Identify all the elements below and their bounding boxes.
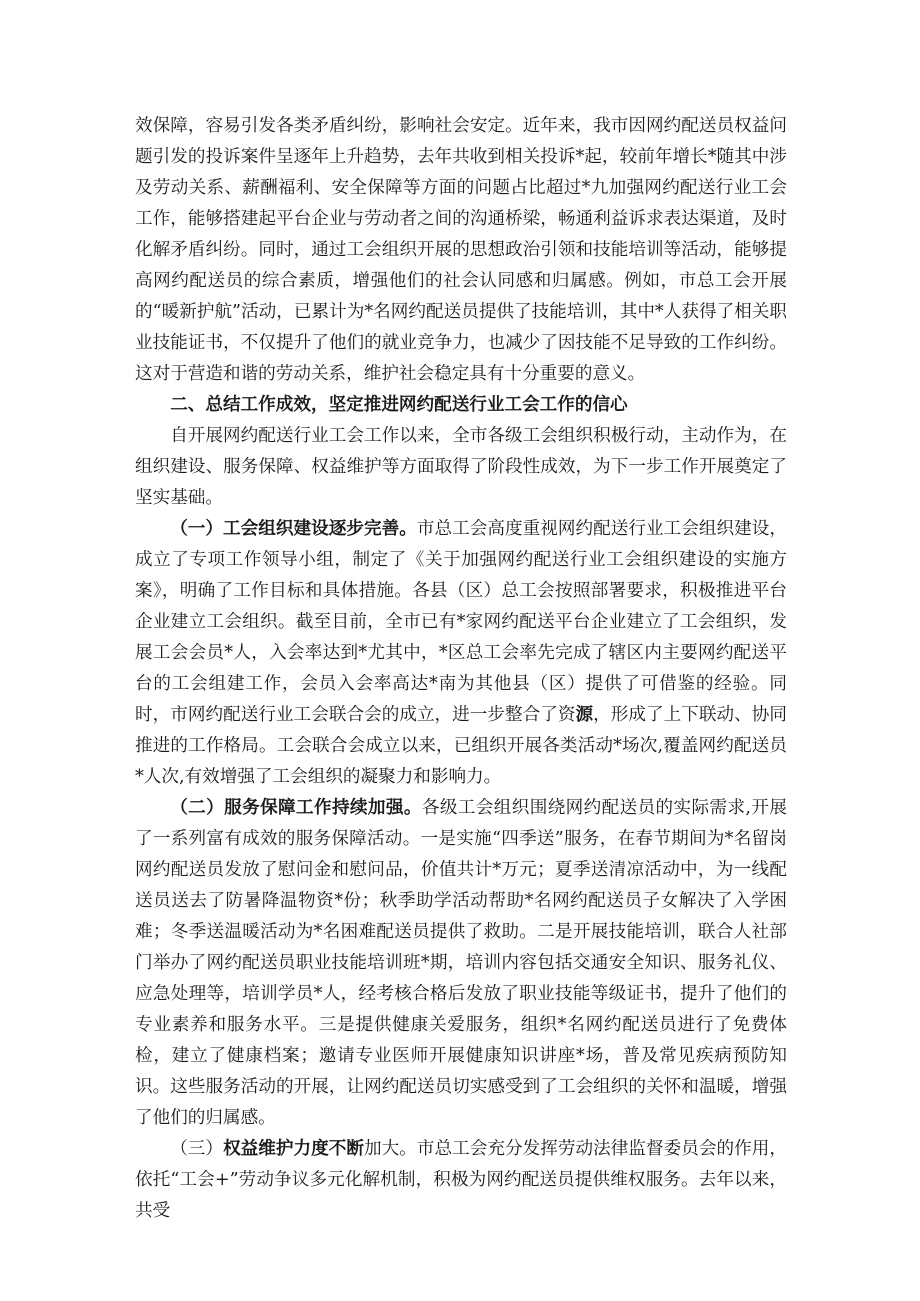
subsection-3-title-rest: 加大。 [364, 1139, 417, 1159]
subsection-3-title-bold: 权益维护力度不断 [223, 1139, 364, 1159]
subsection-3-title-prefix: （三） [170, 1139, 223, 1159]
subsection-2-body: 各级工会组织围绕网约配送员的实际需求,开展了一系列富有成效的服务保障活动。一是实… [135, 798, 787, 1128]
subsection-2-title: （二）服务保障工作持续加强。 [170, 798, 422, 818]
subsection-1-body-a: 市总工会高度重视网约配送行业工会组织建设，成立了专项工作领导小组，制定了《关于加… [135, 519, 787, 725]
subsection-1-title: （一）工会组织建设逐步完善。 [170, 519, 417, 539]
document-page: 效保障，容易引发各类矛盾纠纷，影响社会安定。近年来，我市因网约配送员权益问题引发… [135, 111, 787, 1227]
paragraph-continued: 效保障，容易引发各类矛盾纠纷，影响社会安定。近年来，我市因网约配送员权益问题引发… [135, 111, 787, 390]
section-intro-paragraph: 自开展网约配送行业工会工作以来，全市各级工会组织积极行动，主动作为，在组织建设、… [135, 421, 787, 514]
subsection-2-paragraph: （二）服务保障工作持续加强。各级工会组织围绕网约配送员的实际需求,开展了一系列富… [135, 793, 787, 1134]
subsection-1-paragraph: （一）工会组织建设逐步完善。市总工会高度重视网约配送行业工会组织建设，成立了专项… [135, 514, 787, 793]
section-heading: 二、总结工作成效，坚定推进网约配送行业工会工作的信心 [135, 390, 787, 421]
subsection-1-bold-char: 源 [576, 705, 594, 725]
subsection-3-paragraph: （三）权益维护力度不断加大。市总工会充分发挥劳动法律监督委员会的作用，依托“工会… [135, 1134, 787, 1227]
